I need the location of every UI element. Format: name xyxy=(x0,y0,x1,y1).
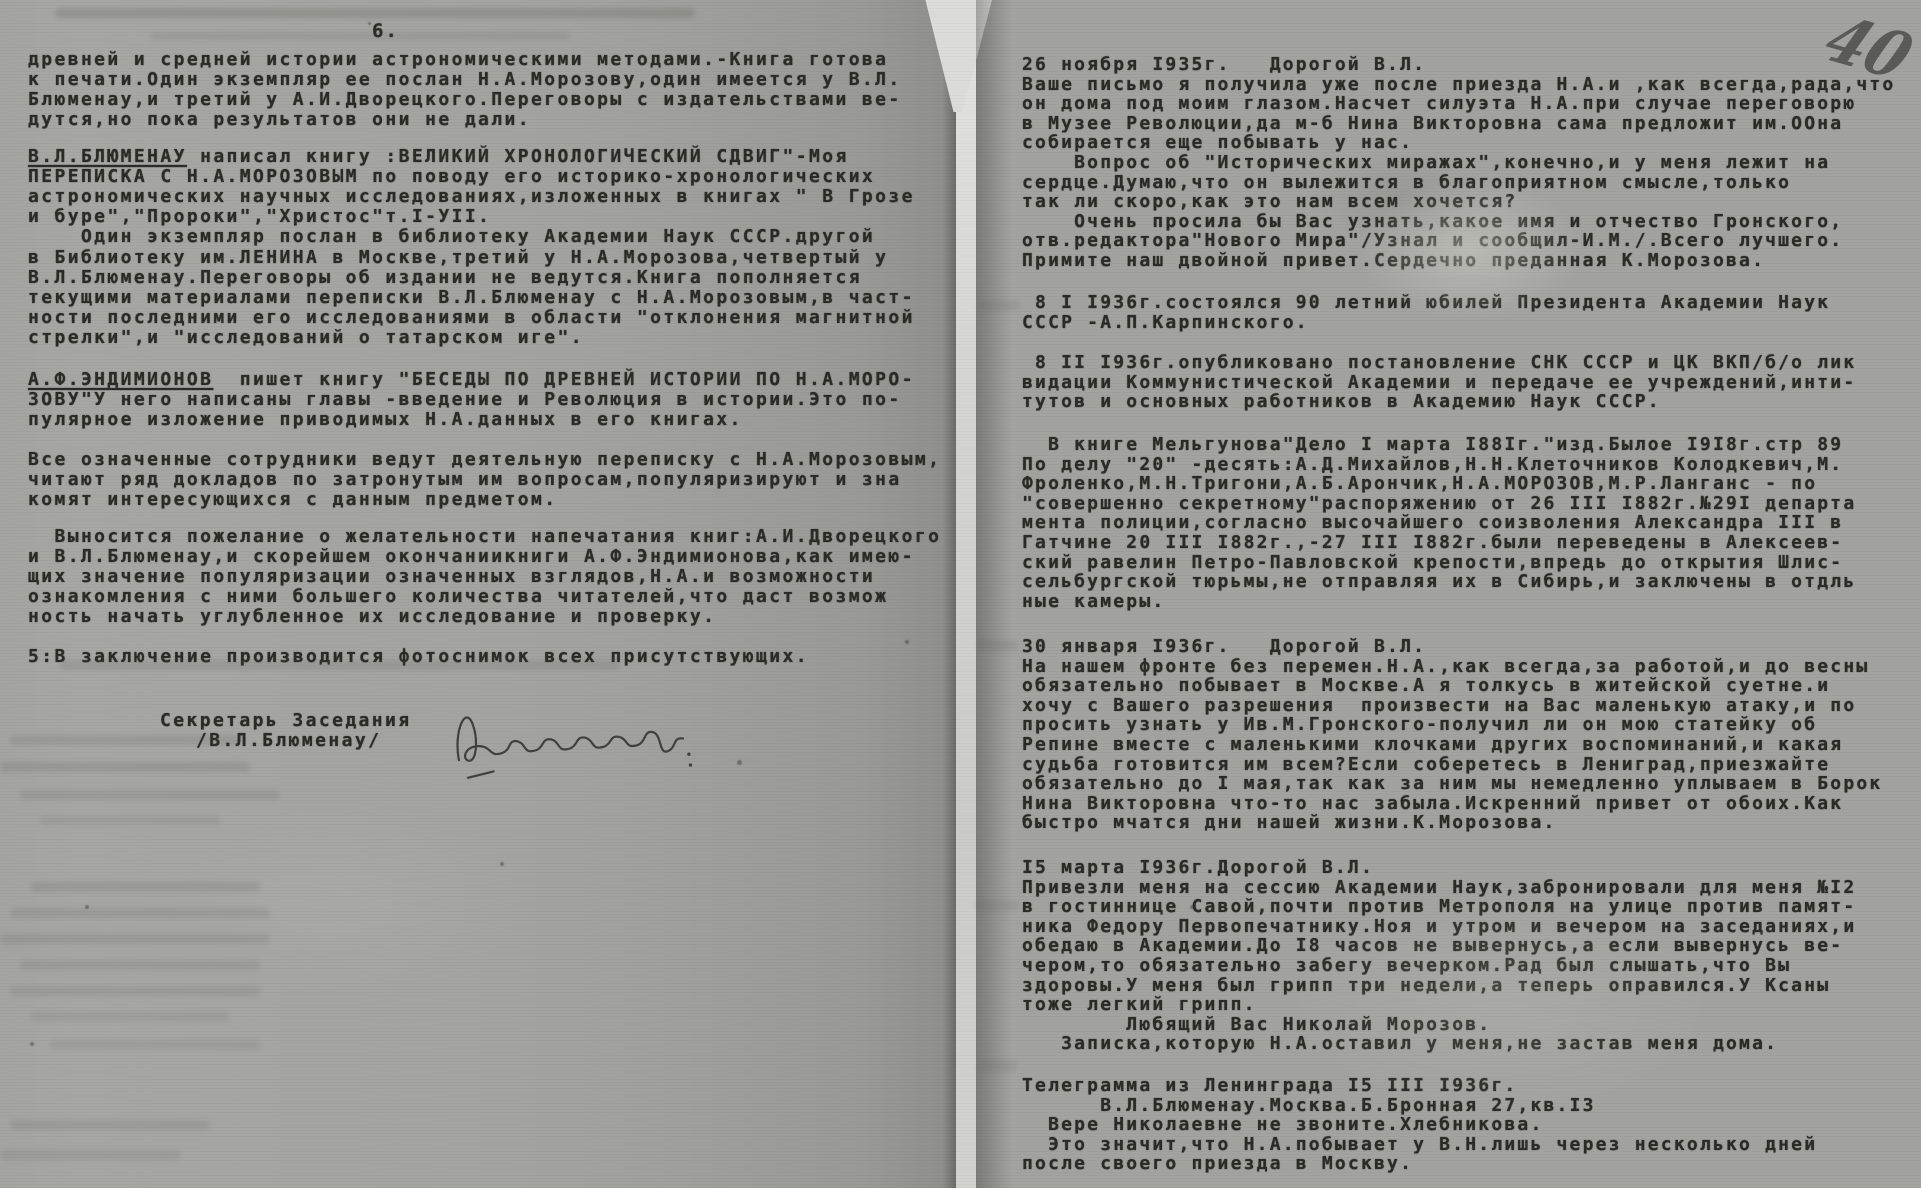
typed-line: так ли скоро,как это нам всем хочется? xyxy=(1022,192,1517,212)
typed-line: сельбургской тюрьмы,не отправляя их в Си… xyxy=(1022,572,1856,592)
typed-line: собирается еще побывать у нас. xyxy=(1022,133,1413,153)
typed-line: хочу с Вашего разрешения произвести на В… xyxy=(1022,696,1856,716)
typed-line: сердце.Думаю,что он вылежится в благопри… xyxy=(1022,173,1791,193)
typed-line: В.Л.Блюменау.Москва.Б.Бронная 27,кв.I3 xyxy=(1022,1096,1596,1116)
typed-line: мента полиции,согласно высочайшего соизв… xyxy=(1022,513,1843,533)
typed-line: после своего приезда в Москву. xyxy=(1022,1154,1413,1174)
typed-line: Фроленко,М.Н.Тригони,А.Б.Арончик,Н.А.МОР… xyxy=(1022,474,1817,494)
handwritten-signature xyxy=(450,684,705,797)
scanned-document: 6. древней и средней истории астрономиче… xyxy=(0,0,1921,1188)
typed-line: 30 января I936г. Дорогой В.Л. xyxy=(1022,637,1426,657)
signature-title: Секретарь Заседания xyxy=(160,710,412,731)
typed-line: "совершенно секретному"распоряжению от 2… xyxy=(1022,494,1856,514)
typed-line: ника Федору Первопечатнику.Ноя и утром и… xyxy=(1022,917,1856,937)
typed-line: чером,то обязательно забегу вечерком.Рад… xyxy=(1022,956,1791,976)
typed-line: Гатчине 20 III I882г.,-27 III I882г.были… xyxy=(1022,533,1843,553)
typed-line: Это значит,что Н.А.побывает у В.Н.лишь ч… xyxy=(1022,1135,1817,1155)
typed-line: На нашем фронте без перемен.Н.А.,как все… xyxy=(1022,657,1869,677)
typed-line: обедаю в Академии.До I8 часов не выверну… xyxy=(1022,936,1843,956)
typed-line: В книге Мельгунова"Дело I марта I88Iг."и… xyxy=(1022,435,1843,455)
typed-line: Репине вместе с маленькими клочками друг… xyxy=(1022,735,1843,755)
typed-line: Записка,которую Н.А.оставил у меня,не за… xyxy=(1022,1034,1778,1054)
typed-line: 8 II I936г.опубликовано постановление СН… xyxy=(1022,353,1856,373)
signature-name: /В.Л.Блюменау/ xyxy=(196,730,381,751)
typed-line: судьба готовится им всем?Если соберетесь… xyxy=(1022,755,1830,775)
typed-line: тоже легкий грипп. xyxy=(1022,995,1257,1015)
typed-line: Очень просила бы Вас узнать,какое имя и … xyxy=(1022,212,1843,232)
typed-line: быстро мчатся дни нашей жизни.К.Морозова… xyxy=(1022,813,1557,833)
typed-line: в гостиннице Савой,почти против Метропол… xyxy=(1022,897,1856,917)
typed-line: в Музее Революции,да м-б Нина Викторовна… xyxy=(1022,114,1843,134)
typed-line: ные камеры. xyxy=(1022,592,1165,612)
typed-line: 26 ноября I935г. Дорогой В.Л. xyxy=(1022,55,1426,75)
typed-line: 8 I I936г.состоялся 90 летний юбилей Пре… xyxy=(1022,293,1830,313)
typed-line: Вопрос об "Исторических миражах",конечно… xyxy=(1022,153,1830,173)
typed-line: По делу "20" -десять:А.Д.Михайлов,Н.Н.Кл… xyxy=(1022,455,1843,475)
typed-line: Вере Николаевне не звоните.Хлебникова. xyxy=(1022,1115,1543,1135)
typed-line: просить узнать у Ив.М.Гронского-получил … xyxy=(1022,715,1817,735)
typed-line: Привезли меня на сессию Академии Наук,за… xyxy=(1022,878,1856,898)
typed-line: Ваше письмо я получила уже после приезда… xyxy=(1022,75,1895,95)
typed-line: обязательно побывает в Москве.А я толкус… xyxy=(1022,676,1830,696)
right-page-text: 26 ноября I935г. Дорогой В.Л.Ваше письмо… xyxy=(0,0,1921,1188)
typed-line: видации Коммунистической Академии и пере… xyxy=(1022,373,1856,393)
typed-line: отв.редактора"Нового Мира"/Узнал и сообщ… xyxy=(1022,231,1843,251)
typed-line: тутов и основных работников в Академию Н… xyxy=(1022,392,1661,412)
typed-line: он дома под моим глазом.Насчет силуэта Н… xyxy=(1022,94,1856,114)
typed-line: I5 марта I936г.Дорогой В.Л. xyxy=(1022,858,1374,878)
typed-line: Нина Викторовна что-то нас забыла.Искрен… xyxy=(1022,794,1843,814)
typed-line: Телеграмма из Ленинграда I5 III I936г. xyxy=(1022,1076,1517,1096)
typed-line: обязательно до I мая,так как за ним мы н… xyxy=(1022,774,1882,794)
typed-line: ский равелин Петро-Павловской крепости,в… xyxy=(1022,553,1843,573)
typed-line: СССР -А.П.Карпинского. xyxy=(1022,313,1309,333)
typed-line: Примите наш двойной привет.Сердечно пред… xyxy=(1022,251,1765,271)
typed-line: здоровы.У меня был грипп три недели,а те… xyxy=(1022,976,1830,996)
typed-line: Любящий Вас Николай Морозов. xyxy=(1022,1015,1491,1035)
